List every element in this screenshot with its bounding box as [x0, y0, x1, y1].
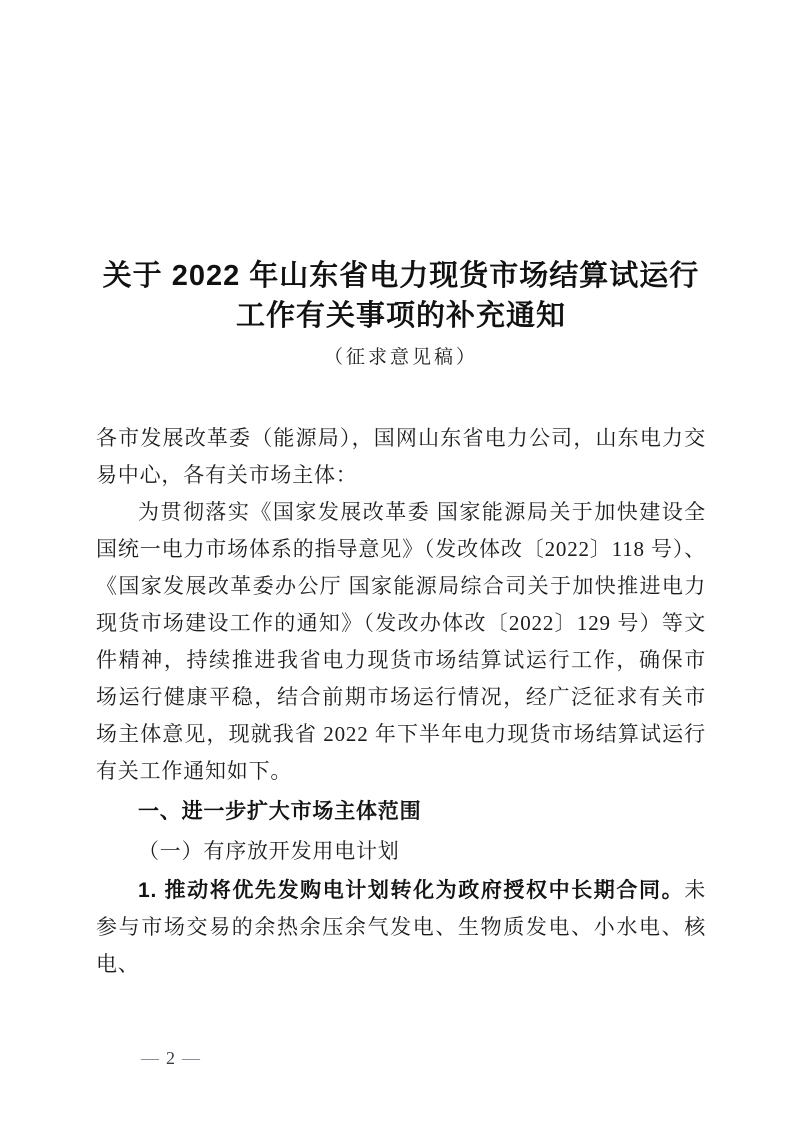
title-line-2: 工作有关事项的补充通知	[96, 296, 706, 336]
document-body: 各市发展改革委（能源局），国网山东省电力公司，山东电力交易中心，各有关市场主体：…	[96, 420, 706, 983]
document-content: 关于 2022 年山东省电力现货市场结算试运行 工作有关事项的补充通知 （征求意…	[0, 256, 800, 983]
salutation-paragraph: 各市发展改革委（能源局），国网山东省电力公司，山东电力交易中心，各有关市场主体：	[96, 420, 706, 494]
item-1-paragraph: 1. 推动将优先发购电计划转化为政府授权中长期合同。未参与市场交易的余热余压余气…	[96, 872, 706, 983]
intro-paragraph: 为贯彻落实《国家发展改革委 国家能源局关于加快建设全国统一电力市场体系的指导意见…	[96, 494, 706, 790]
page-number: —2—	[134, 1046, 207, 1070]
item-1-lead: 1. 推动将优先发购电计划转化为政府授权中长期合同。	[138, 879, 684, 902]
page-number-dash-right: —	[175, 1048, 207, 1068]
document-title: 关于 2022 年山东省电力现货市场结算试运行 工作有关事项的补充通知	[96, 256, 706, 336]
page-number-dash-left: —	[134, 1048, 166, 1068]
subsection-1-heading: （一）有序放开发用电计划	[96, 833, 706, 870]
page-number-value: 2	[166, 1048, 175, 1068]
document-page: 关于 2022 年山东省电力现货市场结算试运行 工作有关事项的补充通知 （征求意…	[0, 0, 800, 1131]
section-1-heading: 一、进一步扩大市场主体范围	[96, 793, 706, 830]
document-subtitle: （征求意见稿）	[96, 346, 706, 370]
title-line-1: 关于 2022 年山东省电力现货市场结算试运行	[96, 256, 706, 296]
